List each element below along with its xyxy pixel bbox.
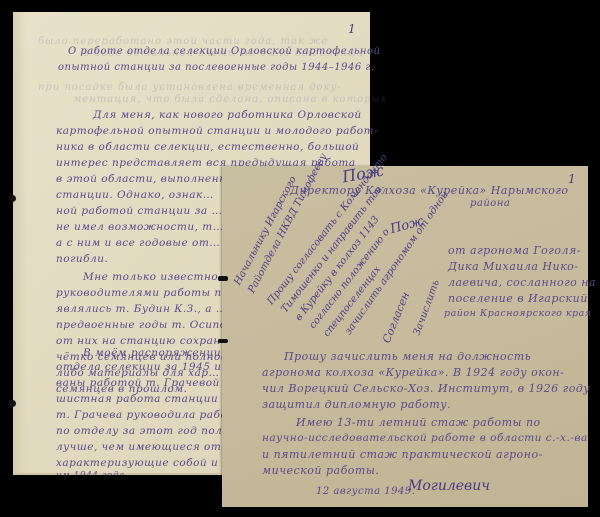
- signature: Могилевич: [408, 478, 490, 494]
- body-line: чил Ворецкий Сельско-Хоз. Институт, в 19…: [262, 382, 590, 395]
- page-number: 1: [348, 22, 356, 36]
- body-line: отдела селекции за 1945 и 19…: [56, 361, 223, 373]
- left-document-lower-paragraph: отдела селекции за 1945 и 19… ваны работ…: [13, 12, 223, 475]
- body-line: Прошу зачислить меня на должность: [284, 350, 531, 363]
- body-line: мической работы.: [262, 464, 379, 477]
- body-line: т. Грачева руководила работо…: [56, 409, 223, 421]
- addressee-line: района: [470, 198, 510, 209]
- punch-hole: [218, 339, 228, 343]
- body-line: научно-исследовательской работе в област…: [262, 432, 588, 444]
- addressee-line: Директору Колхоза «Курейка» Нарымского: [290, 184, 569, 197]
- sender-line: лаевича, сосланного на: [448, 276, 596, 289]
- body-line: агронома колхоза «Курейка». В 1924 году …: [262, 366, 564, 379]
- body-line: ваны работой т. Грачевой М…: [56, 377, 223, 389]
- date: 12 августа 1949.: [316, 486, 415, 497]
- body-line: характеризующие собой и ра…: [56, 457, 223, 469]
- right-document-page: 1 Директору Колхоза «Курейка» Нарымского…: [222, 166, 588, 507]
- body-line: по отделу за этот год пол…: [56, 425, 223, 437]
- sender-line: район Красноярского края: [444, 308, 592, 319]
- resolution-signature: Зачислить: [412, 279, 442, 337]
- punch-hole: [218, 276, 228, 281]
- body-line: шистная работа станции в…: [56, 393, 223, 405]
- resolution-signature: Согласен: [380, 290, 412, 345]
- body-line: защитил дипломную работу.: [262, 398, 451, 411]
- body-line: им 1944 года.: [56, 471, 128, 475]
- body-line: лучше, чем имеющиеся от…: [56, 441, 223, 453]
- body-line: и пятилетний стаж практической агроно-: [262, 448, 543, 461]
- page-number: 1: [568, 172, 576, 186]
- body-line: Имею 13-ти летний стаж работы по: [296, 416, 541, 429]
- sender-line: Дика Михаила Нико-: [448, 260, 579, 273]
- sender-line: от агронома Гоголя-: [448, 244, 581, 257]
- sender-line: поселение в Игарский: [448, 292, 588, 305]
